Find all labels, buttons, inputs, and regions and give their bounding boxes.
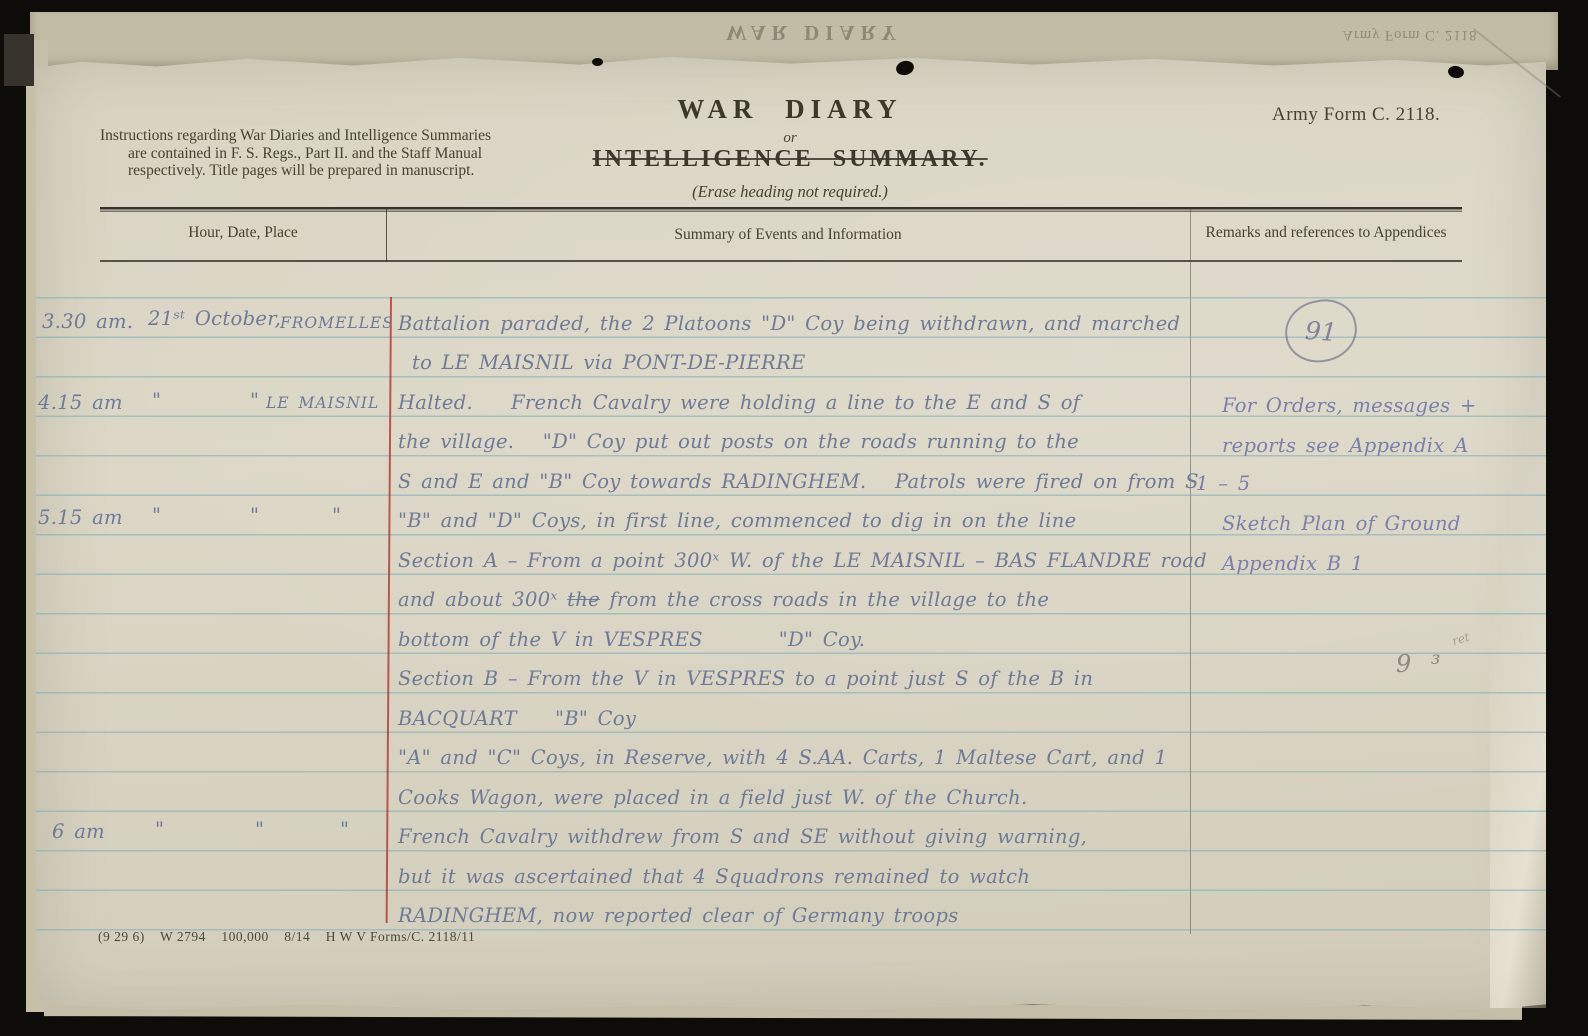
summary-line: RADINGHEM, now reported clear of Germany… xyxy=(398,904,959,927)
ditto-mark: " xyxy=(340,818,349,841)
summary-segment: from the cross roads in the village to t… xyxy=(600,588,1049,611)
summary-line: French Cavalry withdrew from S and SE wi… xyxy=(398,825,1087,848)
army-form-number: Army Form C. 2118. xyxy=(1272,104,1440,126)
bleedthrough-form-number: Army Form C. 2118 xyxy=(1270,26,1550,43)
page-title: WAR DIARY xyxy=(560,94,1020,125)
page-subtitle-struck: INTELLIGENCE SUMMARY. xyxy=(520,146,1060,173)
entry-place: LE MAISNIL xyxy=(266,394,379,412)
entry-place: FROMELLES xyxy=(280,314,394,332)
remarks-line: Appendix B 1 xyxy=(1222,552,1364,575)
column-header-summary: Summary of Events and Information xyxy=(386,226,1190,244)
entry-hour: 5.15 am xyxy=(38,506,123,529)
summary-segment: and about 300ˣ xyxy=(398,588,567,611)
remarks-line: 1 – 5 xyxy=(1196,472,1250,495)
summary-line: BACQUART "B" Coy xyxy=(398,707,636,730)
summary-line: the village. "D" Coy put out posts on th… xyxy=(398,430,1079,453)
column-header-hour: Hour, Date, Place xyxy=(100,224,386,242)
summary-line: "A" and "C" Coys, in Reserve, with 4 S.A… xyxy=(398,746,1167,769)
circled-pencil-number: 91 xyxy=(1304,315,1338,346)
form-reference: Forms/C. 2118/11 xyxy=(370,929,475,945)
summary-line: Halted. French Cavalry were holding a li… xyxy=(398,391,1080,414)
summary-line: Cooks Wagon, were placed in a field just… xyxy=(398,786,1028,809)
ditto-mark: " xyxy=(332,504,341,527)
table-header-rule xyxy=(100,260,1462,262)
ditto-mark: " xyxy=(250,389,259,412)
pencil-numbers: 9 ³ xyxy=(1396,650,1447,678)
struck-word: the xyxy=(567,588,600,611)
ditto-mark: " xyxy=(152,504,161,527)
binder-hole xyxy=(592,58,603,66)
entry-hour: 3.30 am. xyxy=(42,310,133,333)
summary-line: bottom of the V in VESPRES "D" Coy. xyxy=(398,628,865,651)
remarks-line: reports see Appendix A xyxy=(1222,434,1468,457)
ditto-mark: " xyxy=(250,504,259,527)
summary-line: to LE MAISNIL via PONT-DE-PIERRE xyxy=(412,351,806,374)
remarks-line: Sketch Plan of Ground xyxy=(1222,512,1461,535)
summary-line: but it was ascertained that 4 Squadrons … xyxy=(398,865,1030,888)
entry-date: 21ˢᵗ October, xyxy=(148,307,281,330)
entry-hour: 6 am xyxy=(52,820,105,843)
bleedthrough-title: WAR DIARY xyxy=(684,20,944,45)
printer-imprint: (9 29 6) W 2794 100,000 8/14 H W V xyxy=(98,929,367,945)
summary-line: S and E and "B" Coy towards RADINGHEM. P… xyxy=(398,470,1205,493)
ditto-mark: " xyxy=(152,389,161,412)
title-or: or xyxy=(560,130,1020,147)
summary-line: "B" and "D" Coys, in first line, commenc… xyxy=(398,509,1076,532)
summary-line: and about 300ˣ the from the cross roads … xyxy=(398,588,1049,611)
column-header-remarks: Remarks and references to Appendices xyxy=(1190,224,1462,242)
summary-line: Section B – From the V in VESPRES to a p… xyxy=(398,667,1093,690)
entry-hour: 4.15 am xyxy=(38,391,123,414)
remarks-line: For Orders, messages + xyxy=(1222,394,1477,417)
ditto-mark: " xyxy=(255,818,264,841)
ditto-mark: " xyxy=(155,818,164,841)
table-top-rule xyxy=(100,207,1462,212)
photo-corner-artifact xyxy=(4,34,34,86)
instructions-note: Instructions regarding War Diaries and I… xyxy=(100,127,508,180)
summary-line: Battalion paraded, the 2 Platoons "D" Co… xyxy=(398,312,1180,335)
erase-heading-note: (Erase heading not required.) xyxy=(560,182,1020,202)
war-diary-scan: WAR DIARY Army Form C. 2118 Instructions… xyxy=(0,0,1588,1036)
summary-line: Section A – From a point 300ˣ W. of the … xyxy=(398,549,1207,572)
